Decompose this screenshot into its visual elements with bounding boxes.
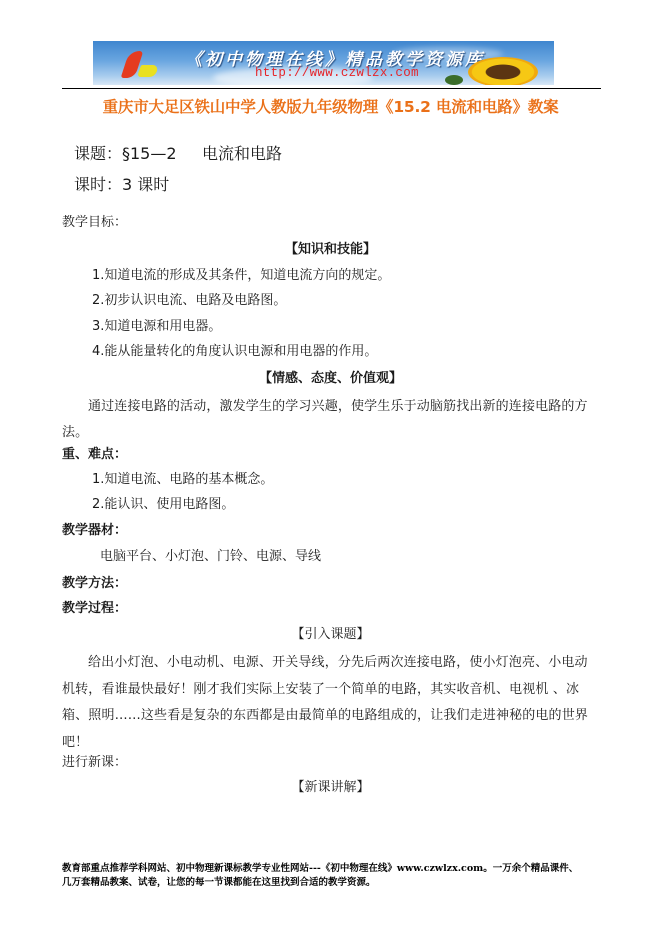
emotion-heading: 【情感、态度、价值观】 xyxy=(0,370,661,388)
hours-line: 课时：3 课时 xyxy=(74,172,169,195)
intro-text: 给出小灯泡、小电动机、电源、开关导线，分先后两次连接电路，使小灯泡亮、小电动机转… xyxy=(62,650,597,756)
equipment-text: 电脑平台、小灯泡、门铃、电源、导线 xyxy=(100,548,321,566)
knowledge-item: 4.能从能量转化的角度认识电源和用电器的作用。 xyxy=(92,343,377,361)
knowledge-heading: 【知识和技能】 xyxy=(0,241,661,259)
key-point-item: 2.能认识、使用电路图。 xyxy=(92,496,234,514)
process-label: 教学过程： xyxy=(62,600,127,618)
knowledge-item: 1.知道电流的形成及其条件，知道电流方向的规定。 xyxy=(92,267,390,285)
method-label: 教学方法： xyxy=(62,575,127,593)
document-title: 重庆市大足区铁山中学人教版九年级物理《15.2 电流和电路》教案 xyxy=(0,95,661,117)
topic-line: 课题：§15—2 电流和电路 xyxy=(74,141,282,164)
page-footer: 教育部重点推荐学科网站、初中物理新课标教学专业性网站---《初中物理在线》www… xyxy=(62,862,622,890)
czwlzx-logo-icon-accent xyxy=(137,65,159,77)
intro-heading: 【引入课题】 xyxy=(0,626,661,644)
banner-url-link[interactable]: http://www.czwlzx.com xyxy=(255,66,419,80)
site-banner[interactable]: 《初中物理在线》精品教学资源库 http://www.czwlzx.com xyxy=(93,41,554,85)
key-points-label: 重、难点： xyxy=(62,446,127,464)
objectives-label: 教学目标： xyxy=(62,214,127,232)
footer-line: 教育部重点推荐学科网站、初中物理新课标教学专业性网站---《初中物理在线》www… xyxy=(62,862,622,876)
sunflower-icon xyxy=(468,57,538,85)
equipment-label: 教学器材： xyxy=(62,522,127,540)
new-lesson-heading: 【新课讲解】 xyxy=(0,779,661,797)
emotion-text: 通过连接电路的活动，激发学生的学习兴趣，使学生乐于动脑筋找出新的连接电路的方法。 xyxy=(62,394,597,446)
leaf-icon xyxy=(445,75,463,85)
key-point-item: 1.知道电流、电路的基本概念。 xyxy=(92,471,273,489)
header-divider xyxy=(62,88,601,89)
footer-line: 几万套精品教案、试卷，让您的每一节课都能在这里找到合适的教学资源。 xyxy=(62,876,622,890)
knowledge-item: 3.知道电源和用电器。 xyxy=(92,318,221,336)
knowledge-item: 2.初步认识电流、电路及电路图。 xyxy=(92,292,286,310)
new-lesson-label: 进行新课： xyxy=(62,754,127,772)
